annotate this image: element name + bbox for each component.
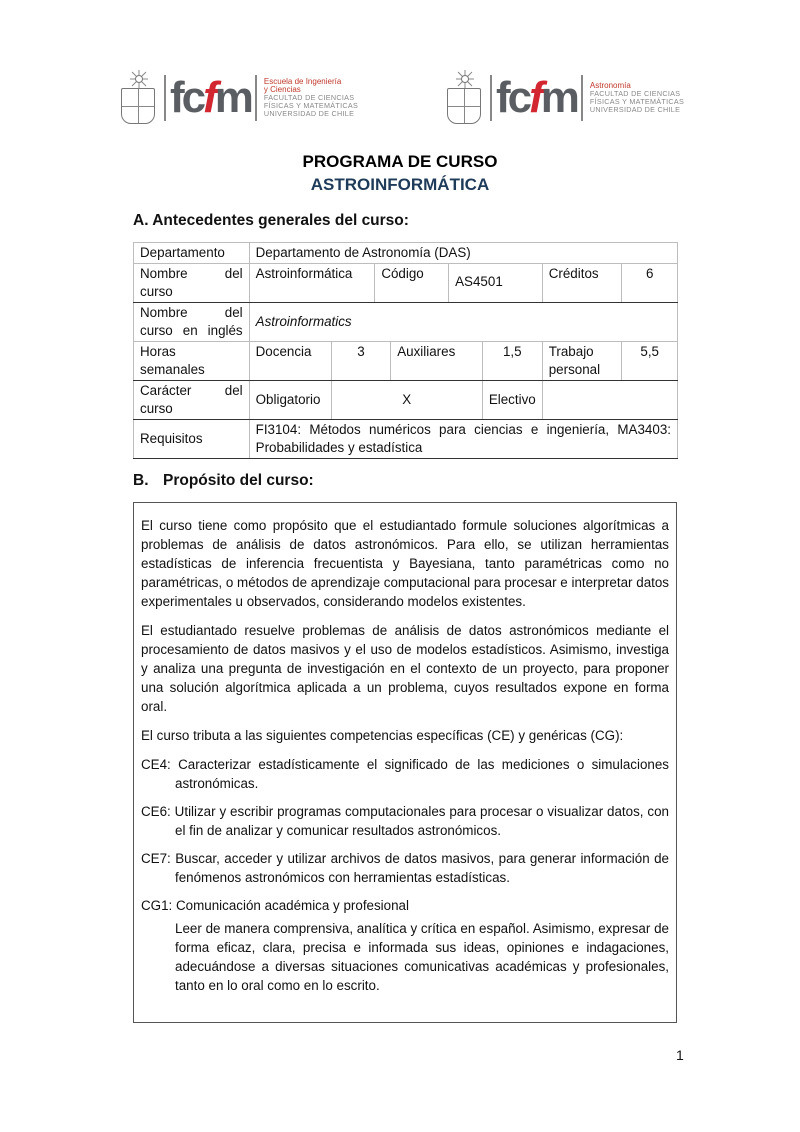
competency-text: Utilizar y escribir programas computacio… xyxy=(175,804,669,838)
competency-text: Comunicación académica y profesional xyxy=(176,898,409,913)
table-row-nombre: Nombre del curso Astroinformática Código… xyxy=(134,264,678,303)
fcfm-astronomia-logo: fcfm Astronomía FACULTAD DE CIENCIAS FÍS… xyxy=(446,70,684,126)
value-creditos: 6 xyxy=(622,264,678,303)
competencies-intro: El curso tributa a las siguientes compet… xyxy=(141,726,669,745)
purpose-paragraph: El estudiantado resuelve problemas de an… xyxy=(141,621,669,716)
label-horas-semanales: Horas semanales xyxy=(134,342,250,381)
label-codigo: Código xyxy=(375,264,449,303)
university-crest-icon xyxy=(120,70,158,126)
label-auxiliares: Auxiliares xyxy=(391,342,483,381)
label-electivo: Electivo xyxy=(482,381,542,420)
label-docencia: Docencia xyxy=(249,342,331,381)
competency-code: CE7: xyxy=(141,851,171,866)
value-departamento: Departamento de Astronomía (DAS) xyxy=(249,243,677,264)
logo-caption: Escuela de Ingeniería y Ciencias FACULTA… xyxy=(257,78,358,118)
fcfm-escuela-logo: fcfm Escuela de Ingeniería y Ciencias FA… xyxy=(120,70,358,126)
mark-electivo xyxy=(542,381,677,420)
value-nombre-curso: Astroinformática xyxy=(249,264,375,303)
value-auxiliares: 1,5 xyxy=(482,342,542,381)
value-trabajo-personal: 5,5 xyxy=(622,342,678,381)
section-b-heading: B.Propósito del curso: xyxy=(133,472,314,490)
purpose-paragraph: El curso tiene como propósito que el est… xyxy=(141,516,669,611)
mark-obligatorio: X xyxy=(331,381,482,420)
competency-code: CG1: xyxy=(141,898,172,913)
table-row-departamento: Departamento Departamento de Astronomía … xyxy=(134,243,678,264)
table-row-requisitos: Requisitos FI3104: Métodos numéricos par… xyxy=(134,420,678,459)
section-a-heading: A. Antecedentes generales del curso: xyxy=(133,212,409,230)
cg1-description: Leer de manera comprensiva, analítica y … xyxy=(141,919,669,995)
fcfm-wordmark: fcfm xyxy=(166,76,255,120)
value-requisitos: FI3104: Métodos numéricos para ciencias … xyxy=(249,420,677,459)
label-obligatorio: Obligatorio xyxy=(249,381,331,420)
course-title: ASTROINFORMÁTICA xyxy=(0,175,800,195)
competency-ce6: CE6: Utilizar y escribir programas compu… xyxy=(141,802,669,840)
label-departamento: Departamento xyxy=(134,243,250,264)
label-nombre-curso: Nombre del curso xyxy=(134,264,250,303)
label-creditos: Créditos xyxy=(542,264,622,303)
label-caracter: Carácter del curso xyxy=(134,381,250,420)
document-title: PROGRAMA DE CURSO xyxy=(0,152,800,172)
table-row-nombre-ingles: Nombre del curso en inglés Astroinformat… xyxy=(134,303,678,342)
purpose-box: El curso tiene como propósito que el est… xyxy=(133,502,677,1023)
competency-ce7: CE7: Buscar, acceder y utilizar archivos… xyxy=(141,849,669,887)
label-nombre-ingles: Nombre del curso en inglés xyxy=(134,303,250,342)
page-number: 1 xyxy=(676,1047,684,1063)
table-row-caracter: Carácter del curso Obligatorio X Electiv… xyxy=(134,381,678,420)
competency-code: CE4: xyxy=(141,757,171,772)
competency-code: CE6: xyxy=(141,804,171,819)
value-codigo: AS4501 xyxy=(449,264,543,303)
competency-text: Caracterizar estadísticamente el signifi… xyxy=(175,757,669,791)
logo-caption: Astronomía FACULTAD DE CIENCIAS FÍSICAS … xyxy=(583,82,684,114)
course-info-table: Departamento Departamento de Astronomía … xyxy=(133,242,678,459)
competency-ce4: CE4: Caracterizar estadísticamente el si… xyxy=(141,755,669,793)
competency-cg1: CG1: Comunicación académica y profesiona… xyxy=(141,896,669,915)
label-requisitos: Requisitos xyxy=(134,420,250,459)
table-row-horas: Horas semanales Docencia 3 Auxiliares 1,… xyxy=(134,342,678,381)
value-docencia: 3 xyxy=(331,342,391,381)
university-crest-icon xyxy=(446,70,484,126)
fcfm-wordmark: fcfm xyxy=(492,76,581,120)
label-trabajo-personal: Trabajo personal xyxy=(542,342,622,381)
competency-text: Buscar, acceder y utilizar archivos de d… xyxy=(175,851,669,885)
value-nombre-ingles: Astroinformatics xyxy=(249,303,677,342)
